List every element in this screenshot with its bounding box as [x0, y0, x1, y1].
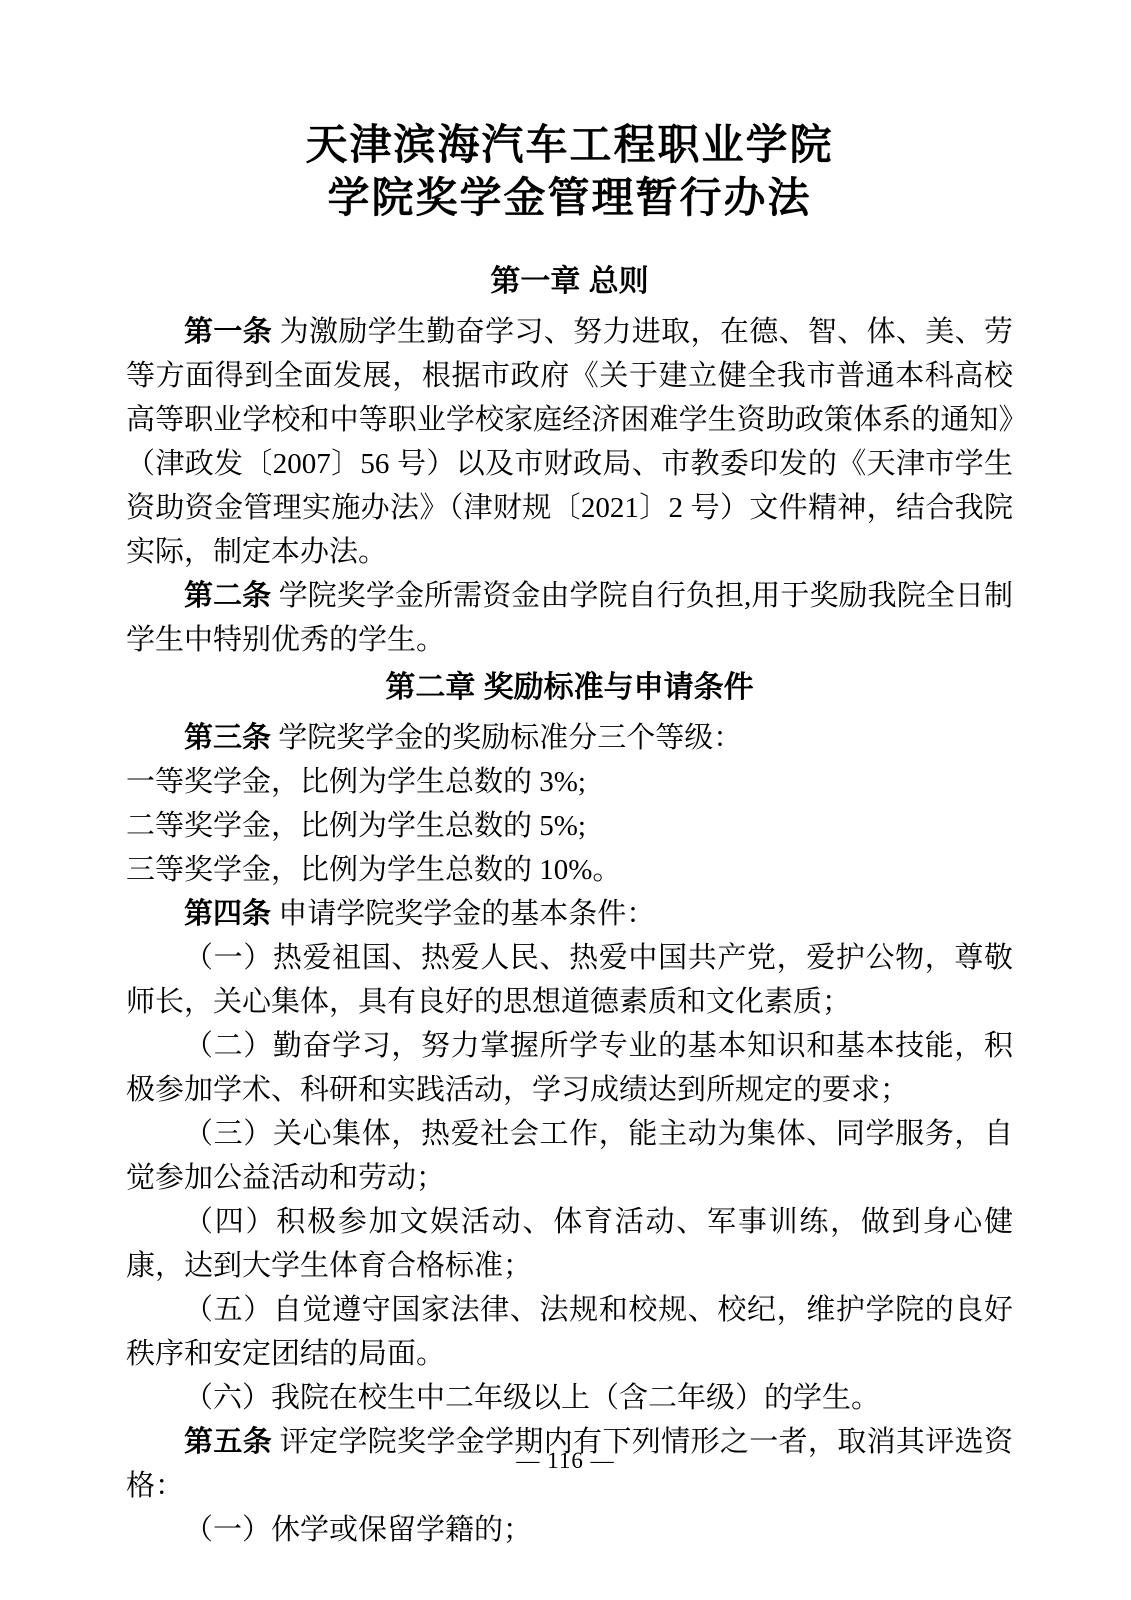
paragraph: 二等奖学金，比例为学生总数的 5%; [126, 804, 1013, 848]
page-number: — 116 — [0, 1448, 1131, 1474]
paragraph: 第三条 学院奖学金的奖励标准分三个等级： [126, 716, 1013, 760]
article-label: 第三条 [184, 722, 271, 754]
document-title-line2: 学院奖学金管理暂行办法 [126, 171, 1013, 224]
paragraph: （三）关心集体，热爱社会工作，能主动为集体、同学服务，自觉参加公益活动和劳动； [126, 1112, 1013, 1200]
paragraph: （五）自觉遵守国家法律、法规和校规、校纪，维护学院的良好秩序和安定团结的局面。 [126, 1288, 1013, 1376]
article-label: 第四条 [184, 898, 271, 930]
paragraph: 三等奖学金，比例为学生总数的 10%。 [126, 848, 1013, 892]
paragraph: （一）热爱祖国、热爱人民、热爱中国共产党，爱护公物，尊敬师长，关心集体，具有良好… [126, 936, 1013, 1024]
document-title-line1: 天津滨海汽车工程职业学院 [126, 118, 1013, 171]
document-page: 天津滨海汽车工程职业学院 学院奖学金管理暂行办法 第一章 总则第一条 为激励学生… [0, 0, 1131, 1600]
document-body: 第一章 总则第一条 为激励学生勤奋学习、努力进取，在德、智、体、美、劳等方面得到… [126, 260, 1013, 1552]
paragraph: （四）积极参加文娱活动、体育活动、军事训练，做到身心健康，达到大学生体育合格标准… [126, 1200, 1013, 1288]
paragraph: 第一条 为激励学生勤奋学习、努力进取，在德、智、体、美、劳等方面得到全面发展，根… [126, 310, 1013, 574]
document-title: 天津滨海汽车工程职业学院 学院奖学金管理暂行办法 [126, 118, 1013, 224]
chapter-heading: 第一章 总则 [126, 260, 1013, 304]
paragraph: 第四条 申请学院奖学金的基本条件： [126, 892, 1013, 936]
paragraph: （一）休学或保留学籍的； [126, 1508, 1013, 1552]
paragraph: 一等奖学金，比例为学生总数的 3%; [126, 760, 1013, 804]
paragraph: （二）勤奋学习，努力掌握所学专业的基本知识和基本技能，积极参加学术、科研和实践活… [126, 1024, 1013, 1112]
article-label: 第一条 [184, 316, 272, 348]
article-label: 第二条 [184, 580, 271, 612]
paragraph: 第二条 学院奖学金所需资金由学院自行负担,用于奖励我院全日制学生中特别优秀的学生… [126, 574, 1013, 662]
paragraph: （六）我院在校生中二年级以上（含二年级）的学生。 [126, 1376, 1013, 1420]
chapter-heading: 第二章 奖励标准与申请条件 [126, 666, 1013, 710]
